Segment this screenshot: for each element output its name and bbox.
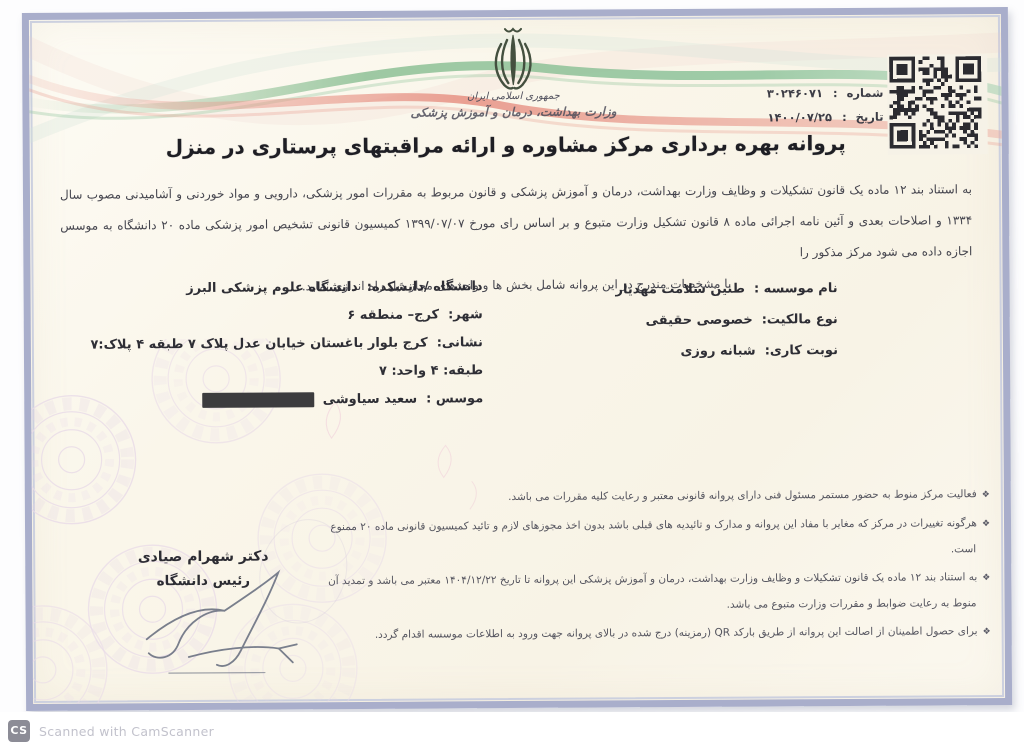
notes-list: ❖فعالیت مرکز منوط به حضور مستمر مسئول فن… [322,482,991,651]
redaction-box [203,392,315,408]
number-label: شماره : [833,86,883,100]
ownership-type-value: خصوصی حقیقی [646,313,753,329]
work-shift-value: شبانه روزی [680,344,755,359]
ownership-type-row: نوع مالکیت:خصوصی حقیقی [538,304,838,337]
diamond-bullet-icon: ❖ [982,519,990,529]
note-text: فعالیت مرکز منوط به حضور مستمر مسئول فنی… [508,488,977,503]
scan-canvas: جمهوری اسلامی ایران وزارت بهداشت، درمان … [0,0,1024,750]
university-label: دانشگاه /دانشکده: [367,279,483,295]
reference-block: شماره :۳۰۲۴۶۰۷۱ تاریخ :۱۴۰۰/۰۷/۲۵ [693,81,883,130]
camscanner-logo: CS [8,720,30,742]
institution-name-label: نام موسسه : [754,281,838,297]
institution-name-value: طنین سلامت مهدیار [615,282,745,298]
government-header: جمهوری اسلامی ایران وزارت بهداشت، درمان … [403,90,623,119]
address-label: نشانی: [437,335,483,350]
camscanner-footer: CS Scanned with CamScanner [0,712,1024,750]
founder-row: موسس :سعید سیاوشی [59,385,483,416]
signatory-name: دکتر شهرام صیادی [98,544,308,569]
country-name: جمهوری اسلامی ایران [403,90,623,102]
founder-label: موسس : [426,391,483,406]
camscanner-label: Scanned with CamScanner [39,724,214,739]
note-text: هرگونه تغییرات در مرکز که مغایر با مفاد … [330,517,977,556]
address-value: کرج بلوار باغستان خیابان عدل پلاک ۷ طبقه… [90,336,483,379]
university-row: دانشگاه /دانشکده:دانشگاه علوم پزشکی البر… [58,273,482,304]
work-shift-label: نوبت کاری: [765,343,838,358]
work-shift-row: نوبت کاری:شبانه روزی [538,335,838,368]
founder-value: سعید سیاوشی [323,392,418,408]
note-item: ❖فعالیت مرکز منوط به حضور مستمر مسئول فن… [322,482,990,513]
university-value: دانشگاه علوم پزشکی البرز [186,280,358,296]
note-item: ❖به استناد بند ۱۲ ماده یک قانون تشکیلات … [322,565,990,621]
diamond-bullet-icon: ❖ [983,627,991,637]
ministry-name: وزارت بهداشت، درمان و آموزش پزشکی [403,104,623,119]
address-row: نشانی:کرج بلوار باغستان خیابان عدل پلاک … [59,329,483,388]
note-text: به استناد بند ۱۲ ماده یک قانون تشکیلات و… [328,571,977,611]
number-value: ۳۰۲۴۶۰۷۱ [767,86,823,100]
diamond-bullet-icon: ❖ [982,573,990,583]
diamond-bullet-icon: ❖ [982,490,990,500]
date-value: ۱۴۰۰/۰۷/۲۵ [767,110,832,124]
signatory-title: رئیس دانشگاه [98,568,308,593]
note-item: ❖هرگونه تغییرات در مرکز که مغایر با مفاد… [322,511,990,567]
location-details: دانشگاه /دانشکده:دانشگاه علوم پزشکی البر… [58,273,483,416]
iran-emblem-icon [481,23,545,93]
date-row: تاریخ :۱۴۰۰/۰۷/۲۵ [693,105,883,130]
institution-name-row: نام موسسه :طنین سلامت مهدیار [537,273,837,306]
date-label: تاریخ : [842,110,884,124]
certificate-page: جمهوری اسلامی ایران وزارت بهداشت، درمان … [22,7,1012,711]
city-row: شهر:کرج– منطقه ۶ [59,301,483,332]
certificate-title: پروانه بهره برداری مرکز مشاوره و ارائه م… [30,130,982,160]
ownership-type-label: نوع مالکیت: [762,312,838,327]
note-text: برای حصول اطمینان از اصالت این پروانه از… [375,625,978,641]
signature-block: دکتر شهرام صیادی رئیس دانشگاه [98,544,308,593]
city-label: شهر: [448,307,483,322]
number-row: شماره :۳۰۲۴۶۰۷۱ [693,81,883,106]
city-value: کرج– منطقه ۶ [347,307,439,323]
institution-details: نام موسسه :طنین سلامت مهدیار نوع مالکیت:… [537,273,838,368]
note-item: ❖برای حصول اطمینان از اصالت این پروانه ا… [323,619,991,650]
intro-line-2: آئین نامه اجرائی ماده ۸ قانون تشکیل وزار… [60,214,972,259]
